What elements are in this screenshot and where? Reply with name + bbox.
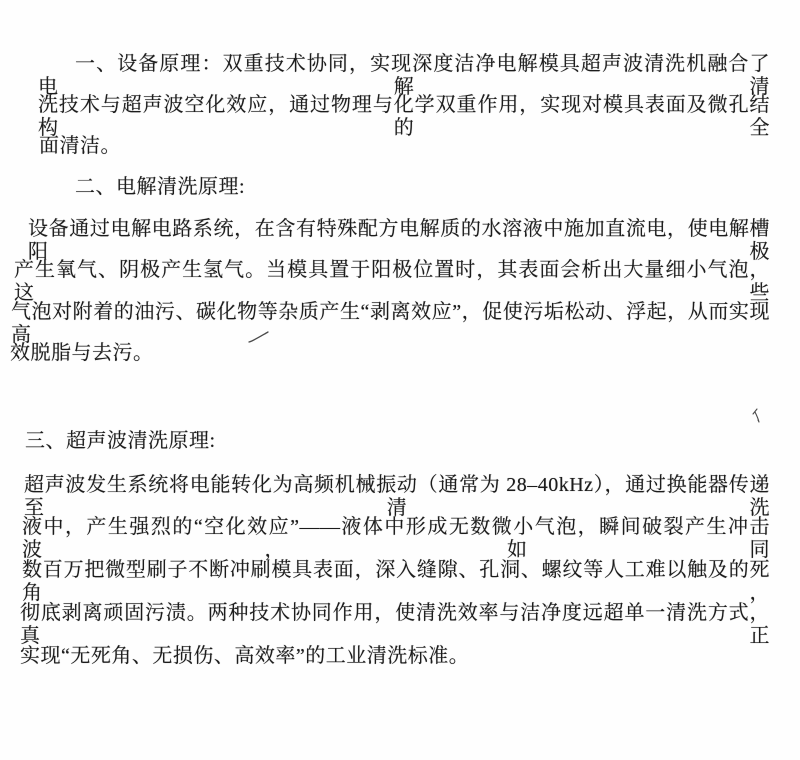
paragraph2-last-line: 效脱脂与去污。 [10,342,154,365]
paragraph2-line: 气泡对附着的油污、碳化物等杂质产生“剥离效应”，促使污垢松动、浮起，从而实现高 [11,301,770,347]
handwritten-tick-icon [751,407,763,430]
scanned-document-page: 一、设备原理：双重技术协同，实现深度洁净电解模具超声波清洗机融合了电解清 洗技术… [0,0,800,760]
paragraph3-last-line: 实现“无死角、无损伤、高效率”的工业清洗标准。 [20,645,469,668]
paragraph1-heading-line: 一、设备原理：双重技术协同，实现深度洁净电解模具超声波清洗机融合了电解清 [38,53,770,99]
paragraph2-line: 产生氧气、阴极产生氢气。当模具置于阳极位置时，其表面会析出大量细小气泡，这些 [14,259,770,305]
handwritten-squiggle-icon [248,331,270,349]
paragraph3-heading: 三、超声波清洗原理: [25,430,216,453]
paragraph3-line: 液中，产生强烈的“空化效应”——液体中形成无数微小气泡，瞬间破裂产生冲击波，如同 [22,516,770,562]
paragraph3-line: 超声波发生系统将电能转化为高频机械振动（通常为 28–40kHz），通过换能器传… [24,474,770,520]
paragraph2-line: 设备通过电解电路系统，在含有特殊配方电解质的水溶液中施加直流电，使电解槽阳极 [28,218,770,264]
paragraph1-last-line: 面清洁。 [39,135,121,158]
paragraph3-line: 数百万把微型刷子不断冲刷模具表面，深入缝隙、孔洞、螺纹等人工难以触及的死角， [22,559,770,605]
paragraph2-heading: 二、电解清洗原理: [38,176,245,199]
paragraph1-line: 洗技术与超声波空化效应，通过物理与化学双重作用，实现对模具表面及微孔结构的全 [38,94,770,140]
paragraph3-line: 彻底剥离顽固污渍。两种技术协同作用，使清洗效率与洁净度远超单一清洗方式，真正 [20,602,770,648]
